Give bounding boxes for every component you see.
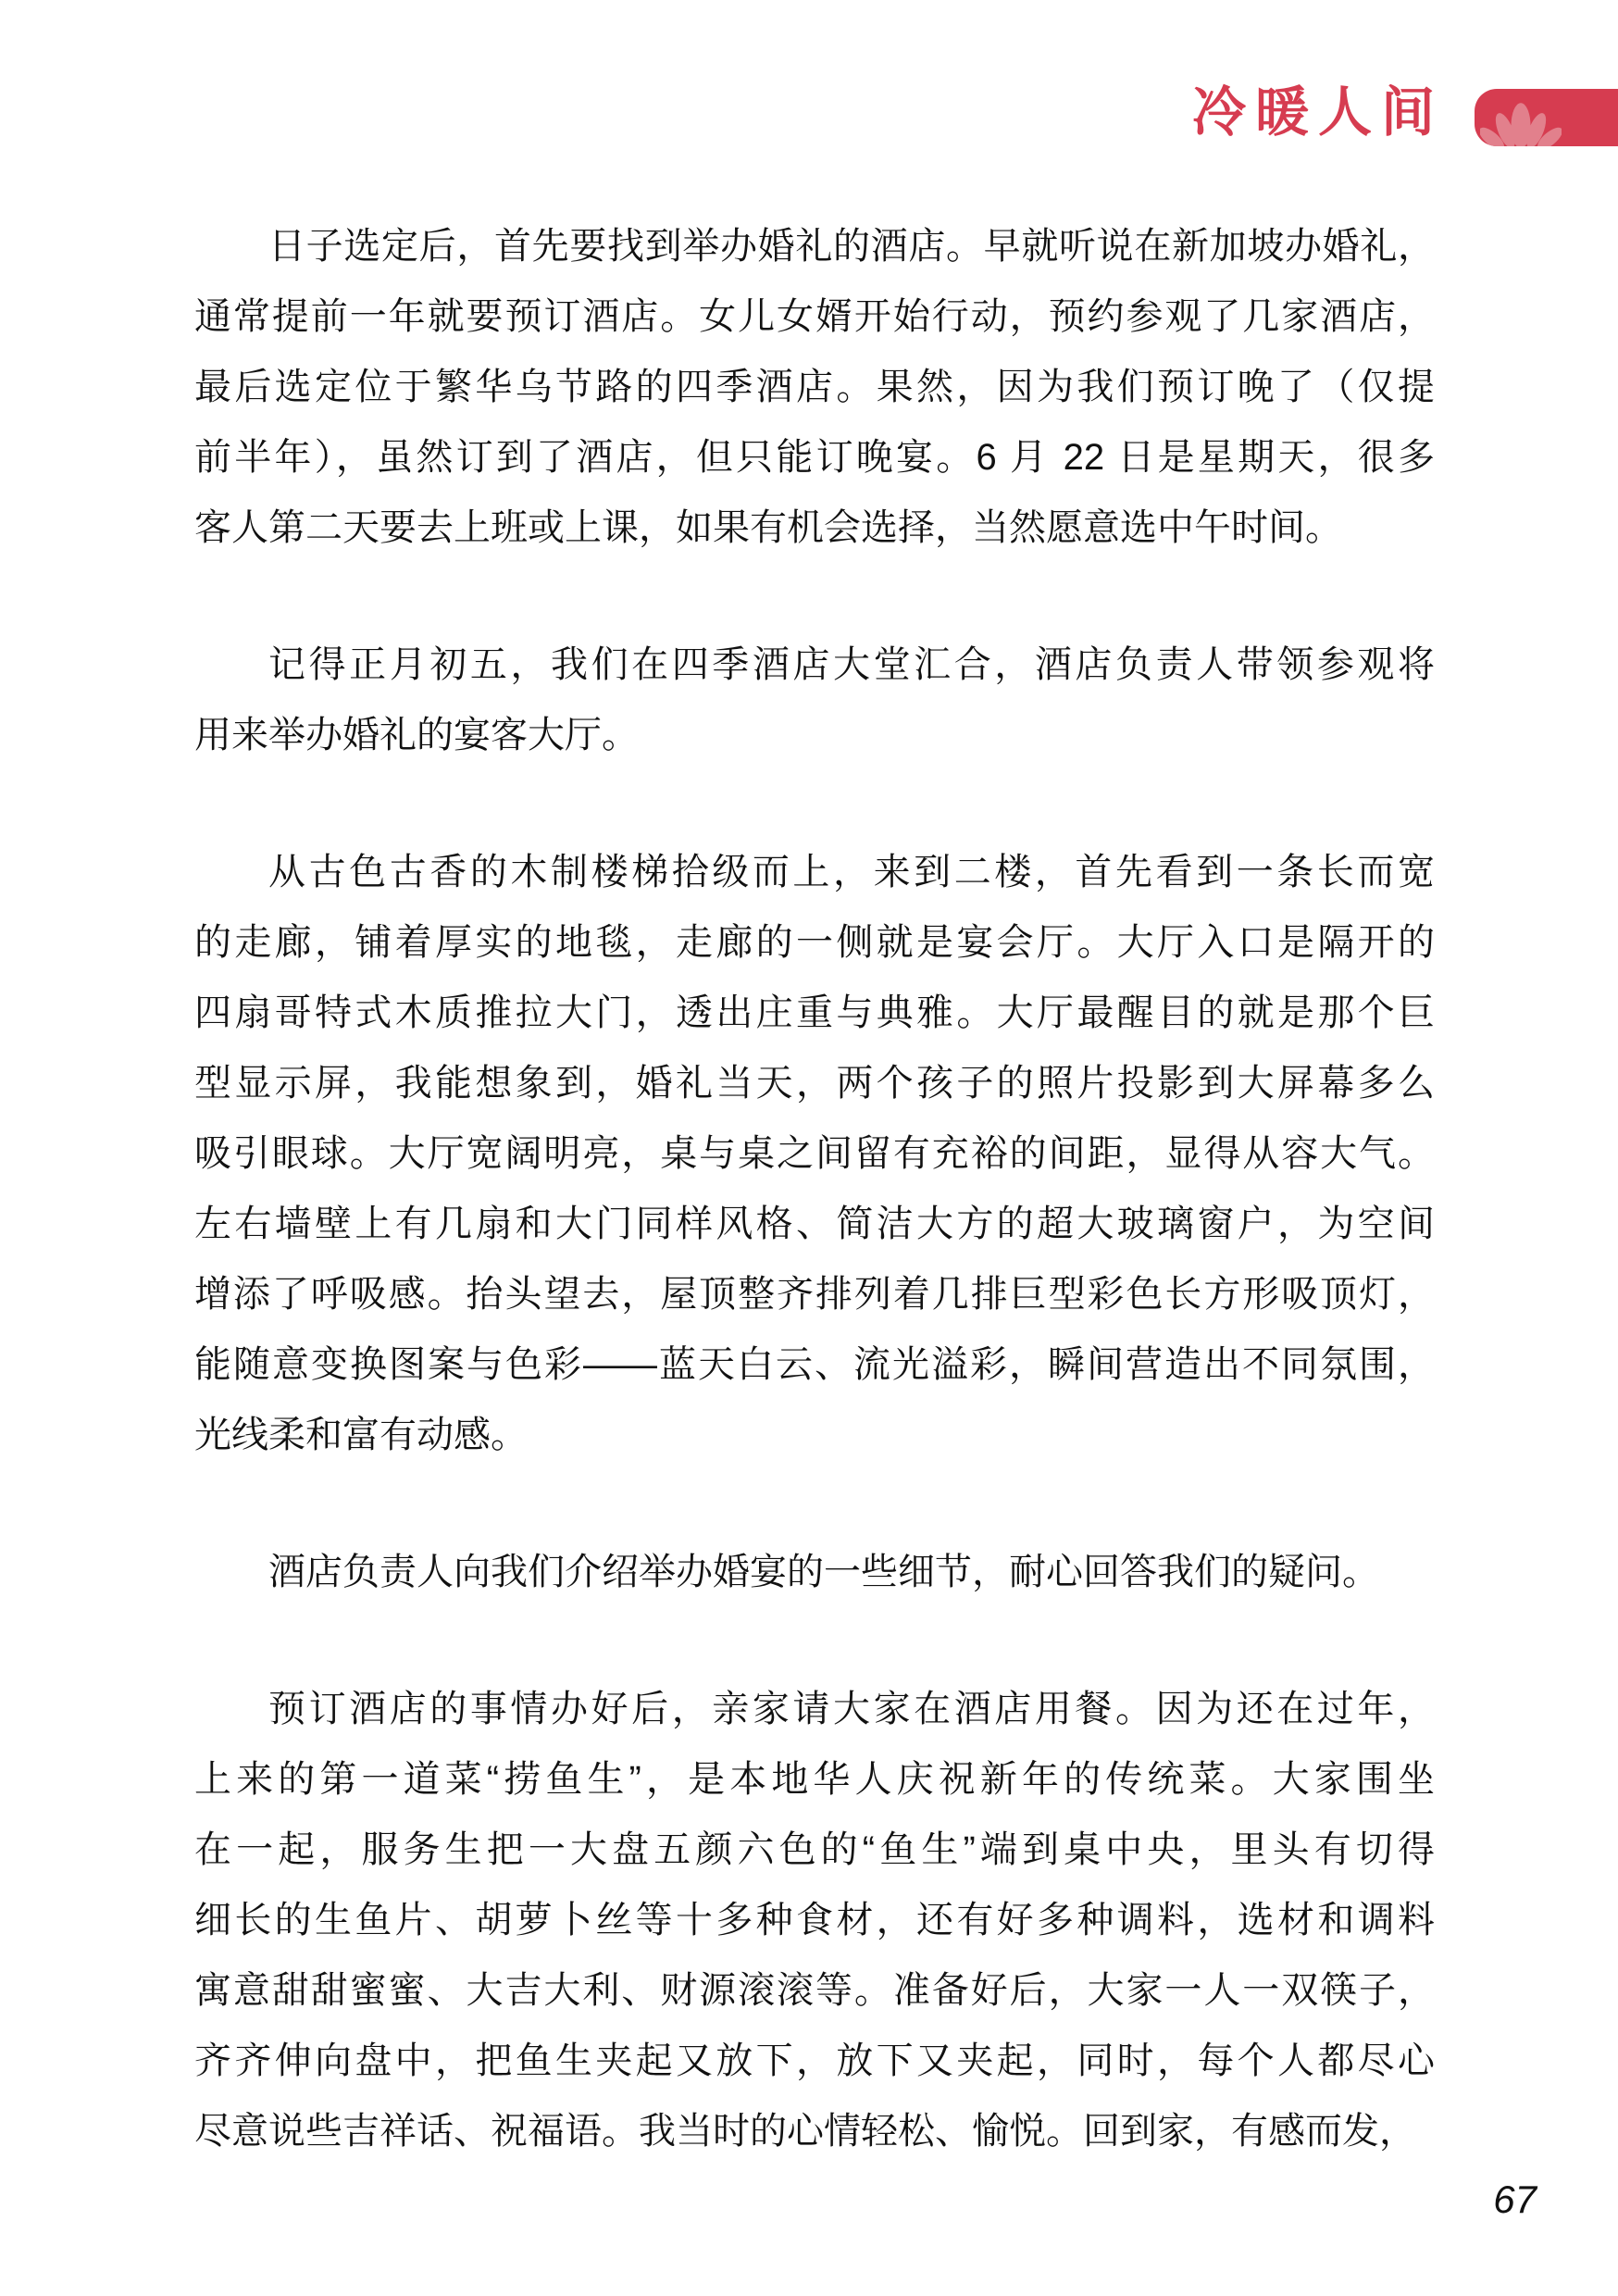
paragraph: 从古色古香的木制楼梯拾级而上，来到二楼，首先看到一条长而宽的走廊，铺着厚实的地毯…: [194, 837, 1435, 1470]
text-line: 增添了呼吸感。抬头望去，屋顶整齐排列着几排巨型彩色长方形吸顶灯，: [194, 1259, 1435, 1329]
text-line: 齐齐伸向盘中，把鱼生夹起又放下，放下又夹起，同时，每个人都尽心: [194, 2026, 1435, 2096]
paragraph: 日子选定后，首先要找到举办婚礼的酒店。早就听说在新加坡办婚礼，通常提前一年就要预…: [194, 211, 1435, 563]
text-line: 型显示屏，我能想象到，婚礼当天，两个孩子的照片投影到大屏幕多么: [194, 1048, 1435, 1118]
text-line: 光线柔和富有动感。: [194, 1400, 1435, 1470]
text-line: 前半年），虽然订到了酒店，但只能订晚宴。6 月 22 日是星期天，很多: [194, 422, 1435, 493]
text-line: 预订酒店的事情办好后，亲家请大家在酒店用餐。因为还在过年，: [194, 1674, 1435, 1744]
text-line: 客人第二天要去上班或上课，如果有机会选择，当然愿意选中午时间。: [194, 493, 1435, 563]
text-line: 四扇哥特式木质推拉大门，透出庄重与典雅。大厅最醒目的就是那个巨: [194, 978, 1435, 1048]
text-line: 通常提前一年就要预订酒店。女儿女婿开始行动，预约参观了几家酒店，: [194, 281, 1435, 352]
text-line: 在一起，服务生把一大盘五颜六色的“鱼生”端到桌中央，里头有切得: [194, 1815, 1435, 1885]
lotus-petals: [1480, 103, 1562, 146]
text-line: 从古色古香的木制楼梯拾级而上，来到二楼，首先看到一条长而宽: [194, 837, 1435, 907]
text-line: 细长的生鱼片、胡萝卜丝等十多种食材，还有好多种调料，选材和调料: [194, 1885, 1435, 1955]
text-line: 用来举办婚礼的宴客大厅。: [194, 700, 1435, 770]
text-line: 日子选定后，首先要找到举办婚礼的酒店。早就听说在新加坡办婚礼，: [194, 211, 1435, 281]
body-text: 日子选定后，首先要找到举办婚礼的酒店。早就听说在新加坡办婚礼，通常提前一年就要预…: [194, 211, 1435, 2166]
book-page: 冷暖人间 日子选定后，首先要找到举办婚礼的酒店。早就听说在新加坡办婚礼，通常提前…: [0, 0, 1618, 2296]
text-line: 酒店负责人向我们介绍举办婚宴的一些细节，耐心回答我们的疑问。: [194, 1537, 1435, 1607]
paragraph: 记得正月初五，我们在四季酒店大堂汇合，酒店负责人带领参观将用来举办婚礼的宴客大厅…: [194, 630, 1435, 770]
paragraph: 预订酒店的事情办好后，亲家请大家在酒店用餐。因为还在过年，上来的第一道菜“捞鱼生…: [194, 1674, 1435, 2166]
page-number: 67: [1493, 2177, 1537, 2222]
chapter-title: 冷暖人间: [1192, 85, 1444, 141]
text-line: 左右墙壁上有几扇和大门同样风格、简洁大方的超大玻璃窗户，为空间: [194, 1189, 1435, 1259]
text-line: 的走廊，铺着厚实的地毯，走廊的一侧就是宴会厅。大厅入口是隔开的: [194, 907, 1435, 978]
text-line: 最后选定位于繁华乌节路的四季酒店。果然，因为我们预订晚了（仅提: [194, 352, 1435, 422]
text-line: 上来的第一道菜“捞鱼生”，是本地华人庆祝新年的传统菜。大家围坐: [194, 1744, 1435, 1815]
chapter-badge: [1475, 89, 1618, 146]
text-line: 吸引眼球。大厅宽阔明亮，桌与桌之间留有充裕的间距，显得从容大气。: [194, 1118, 1435, 1189]
paragraph: 酒店负责人向我们介绍举办婚宴的一些细节，耐心回答我们的疑问。: [194, 1537, 1435, 1607]
lotus-icon: [1480, 98, 1562, 146]
text-line: 尽意说些吉祥话、祝福语。我当时的心情轻松、愉悦。回到家，有感而发，: [194, 2096, 1435, 2166]
text-line: 能随意变换图案与色彩——蓝天白云、流光溢彩，瞬间营造出不同氛围，: [194, 1329, 1435, 1400]
text-line: 寓意甜甜蜜蜜、大吉大利、财源滚滚等。准备好后，大家一人一双筷子，: [194, 1955, 1435, 2026]
text-line: 记得正月初五，我们在四季酒店大堂汇合，酒店负责人带领参观将: [194, 630, 1435, 700]
